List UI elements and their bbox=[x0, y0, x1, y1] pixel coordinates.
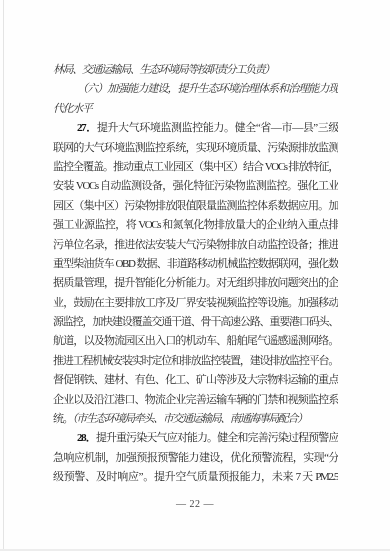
page-number: — 22 — bbox=[0, 499, 390, 510]
item-number-segment: 27． bbox=[77, 122, 97, 134]
body-text-segment: 安装 VOCs 自动监测设备，强化特征污染物监测监控。强化工业 bbox=[53, 180, 338, 192]
body-text-segment: 急响应机制，加强预报预警能力建设，优化预警流程，实现“分 bbox=[53, 452, 338, 464]
kai-text-segment: （市生态环境局牵头、市交通运输局、南通海事局配合） bbox=[72, 413, 307, 425]
document-line: 督促钢铁、建材、有色、化工、矿山等涉及大宗物料运输的重点 bbox=[53, 371, 338, 390]
body-text-segment: 督促钢铁、建材、有色、化工、矿山等涉及大宗物料运输的重点 bbox=[53, 374, 338, 386]
body-text-segment: 业，鼓励在主要排放工序及厂界安装视频监控等设施。加强移动 bbox=[53, 297, 338, 309]
body-text-segment: 源监控，加快建设覆盖交通干道、骨干高速公路、重要港口码头、 bbox=[53, 316, 338, 328]
body-text-segment: 统。 bbox=[53, 413, 72, 425]
document-line: 企业以及沿江港口、物流企业完善运输车辆的门禁和视频监控系 bbox=[53, 391, 338, 410]
document-line: 联网的大气环境监测监控系统，实现环境质量、污染源排放监测 bbox=[53, 139, 338, 158]
body-text-segment: 推进工程机械安装实时定位和排放监控装置，建设排放监控平台。 bbox=[53, 355, 338, 367]
page-edge-line-left bbox=[3, 0, 4, 551]
body-text-segment: 提升大气环境监测监控能力。健全“省—市—县”三级 bbox=[97, 122, 338, 134]
kai-text-segment: （六）加强能力建设，提升生态环境治理体系和治理能力现 bbox=[77, 83, 338, 95]
body-text-segment: 级预警、及时响应”。提升空气质量预报能力，未来 7 天 PM2.5 bbox=[53, 471, 338, 483]
document-line: 重型柴油货车 OBD 数据、非道路移动机械监控数据联网，强化数 bbox=[53, 255, 338, 274]
document-line: 急响应机制，加强预报预警能力建设，优化预警流程，实现“分 bbox=[53, 449, 338, 468]
document-line: 园区（集中区）污染物排放限值限量监测监控体系数据应用。加 bbox=[53, 197, 338, 216]
document-line: 28．提升重污染天气应对能力。健全和完善污染过程预警应 bbox=[53, 429, 338, 448]
document-line: 据质量管理，提升智能化分析能力。对无组织排放问题突出的企 bbox=[53, 274, 338, 293]
document-line: 27．提升大气环境监测监控能力。健全“省—市—县”三级 bbox=[53, 119, 338, 138]
document-body: 林局、交通运输局、生态环境局等按职责分工负责）（六）加强能力建设，提升生态环境治… bbox=[53, 61, 338, 488]
item-number-segment: 28． bbox=[77, 432, 96, 444]
document-line: 代化水平 bbox=[53, 100, 338, 119]
document-line: 推进工程机械安装实时定位和排放监控装置，建设排放监控平台。 bbox=[53, 352, 338, 371]
body-text-segment: 企业以及沿江港口、物流企业完善运输车辆的门禁和视频监控系 bbox=[53, 394, 338, 406]
kai-text-segment: 林局、交通运输局、生态环境局等按职责分工负责） bbox=[53, 64, 274, 76]
document-line: 级预警、及时响应”。提升空气质量预报能力，未来 7 天 PM2.5 bbox=[53, 468, 338, 487]
document-line: 污单位名录，推进依法安装大气污染物排放自动监控设备；推进 bbox=[53, 236, 338, 255]
document-line: （六）加强能力建设，提升生态环境治理体系和治理能力现 bbox=[53, 80, 338, 99]
document-line: 林局、交通运输局、生态环境局等按职责分工负责） bbox=[53, 61, 338, 80]
document-line: 统。（市生态环境局牵头、市交通运输局、南通海事局配合） bbox=[53, 410, 338, 429]
body-text-segment: 强工业源监控，将 VOCs 和氮氧化物排放量大的企业纳入重点排 bbox=[53, 219, 338, 231]
body-text-segment: 园区（集中区）污染物排放限值限量监测监控体系数据应用。加 bbox=[53, 200, 338, 212]
body-text-segment: 重型柴油货车 OBD 数据、非道路移动机械监控数据联网，强化数 bbox=[53, 258, 338, 270]
body-text-segment: 航道，以及物流园区出入口的机动车、船舶尾气遥感遥测网络。 bbox=[53, 335, 338, 347]
document-line: 监控全覆盖。推动重点工业园区（集中区）结合 VOCs 排放特征， bbox=[53, 158, 338, 177]
body-text-segment: 提升重污染天气应对能力。健全和完善污染过程预警应 bbox=[96, 432, 338, 444]
document-line: 航道，以及物流园区出入口的机动车、船舶尾气遥感遥测网络。 bbox=[53, 332, 338, 351]
document-line: 源监控，加快建设覆盖交通干道、骨干高速公路、重要港口码头、 bbox=[53, 313, 338, 332]
body-text-segment: 监控全覆盖。推动重点工业园区（集中区）结合 VOCs 排放特征， bbox=[53, 161, 338, 173]
body-text-segment: 联网的大气环境监测监控系统，实现环境质量、污染源排放监测 bbox=[53, 142, 338, 154]
body-text-segment: 据质量管理，提升智能化分析能力。对无组织排放问题突出的企 bbox=[53, 277, 338, 289]
document-line: 强工业源监控，将 VOCs 和氮氧化物排放量大的企业纳入重点排 bbox=[53, 216, 338, 235]
body-text-segment: 污单位名录，推进依法安装大气污染物排放自动监控设备；推进 bbox=[53, 239, 338, 251]
document-line: 业，鼓励在主要排放工序及厂界安装视频监控等设施。加强移动 bbox=[53, 294, 338, 313]
kai-text-segment: 代化水平 bbox=[53, 103, 91, 115]
document-line: 安装 VOCs 自动监测设备，强化特征污染物监测监控。强化工业 bbox=[53, 177, 338, 196]
